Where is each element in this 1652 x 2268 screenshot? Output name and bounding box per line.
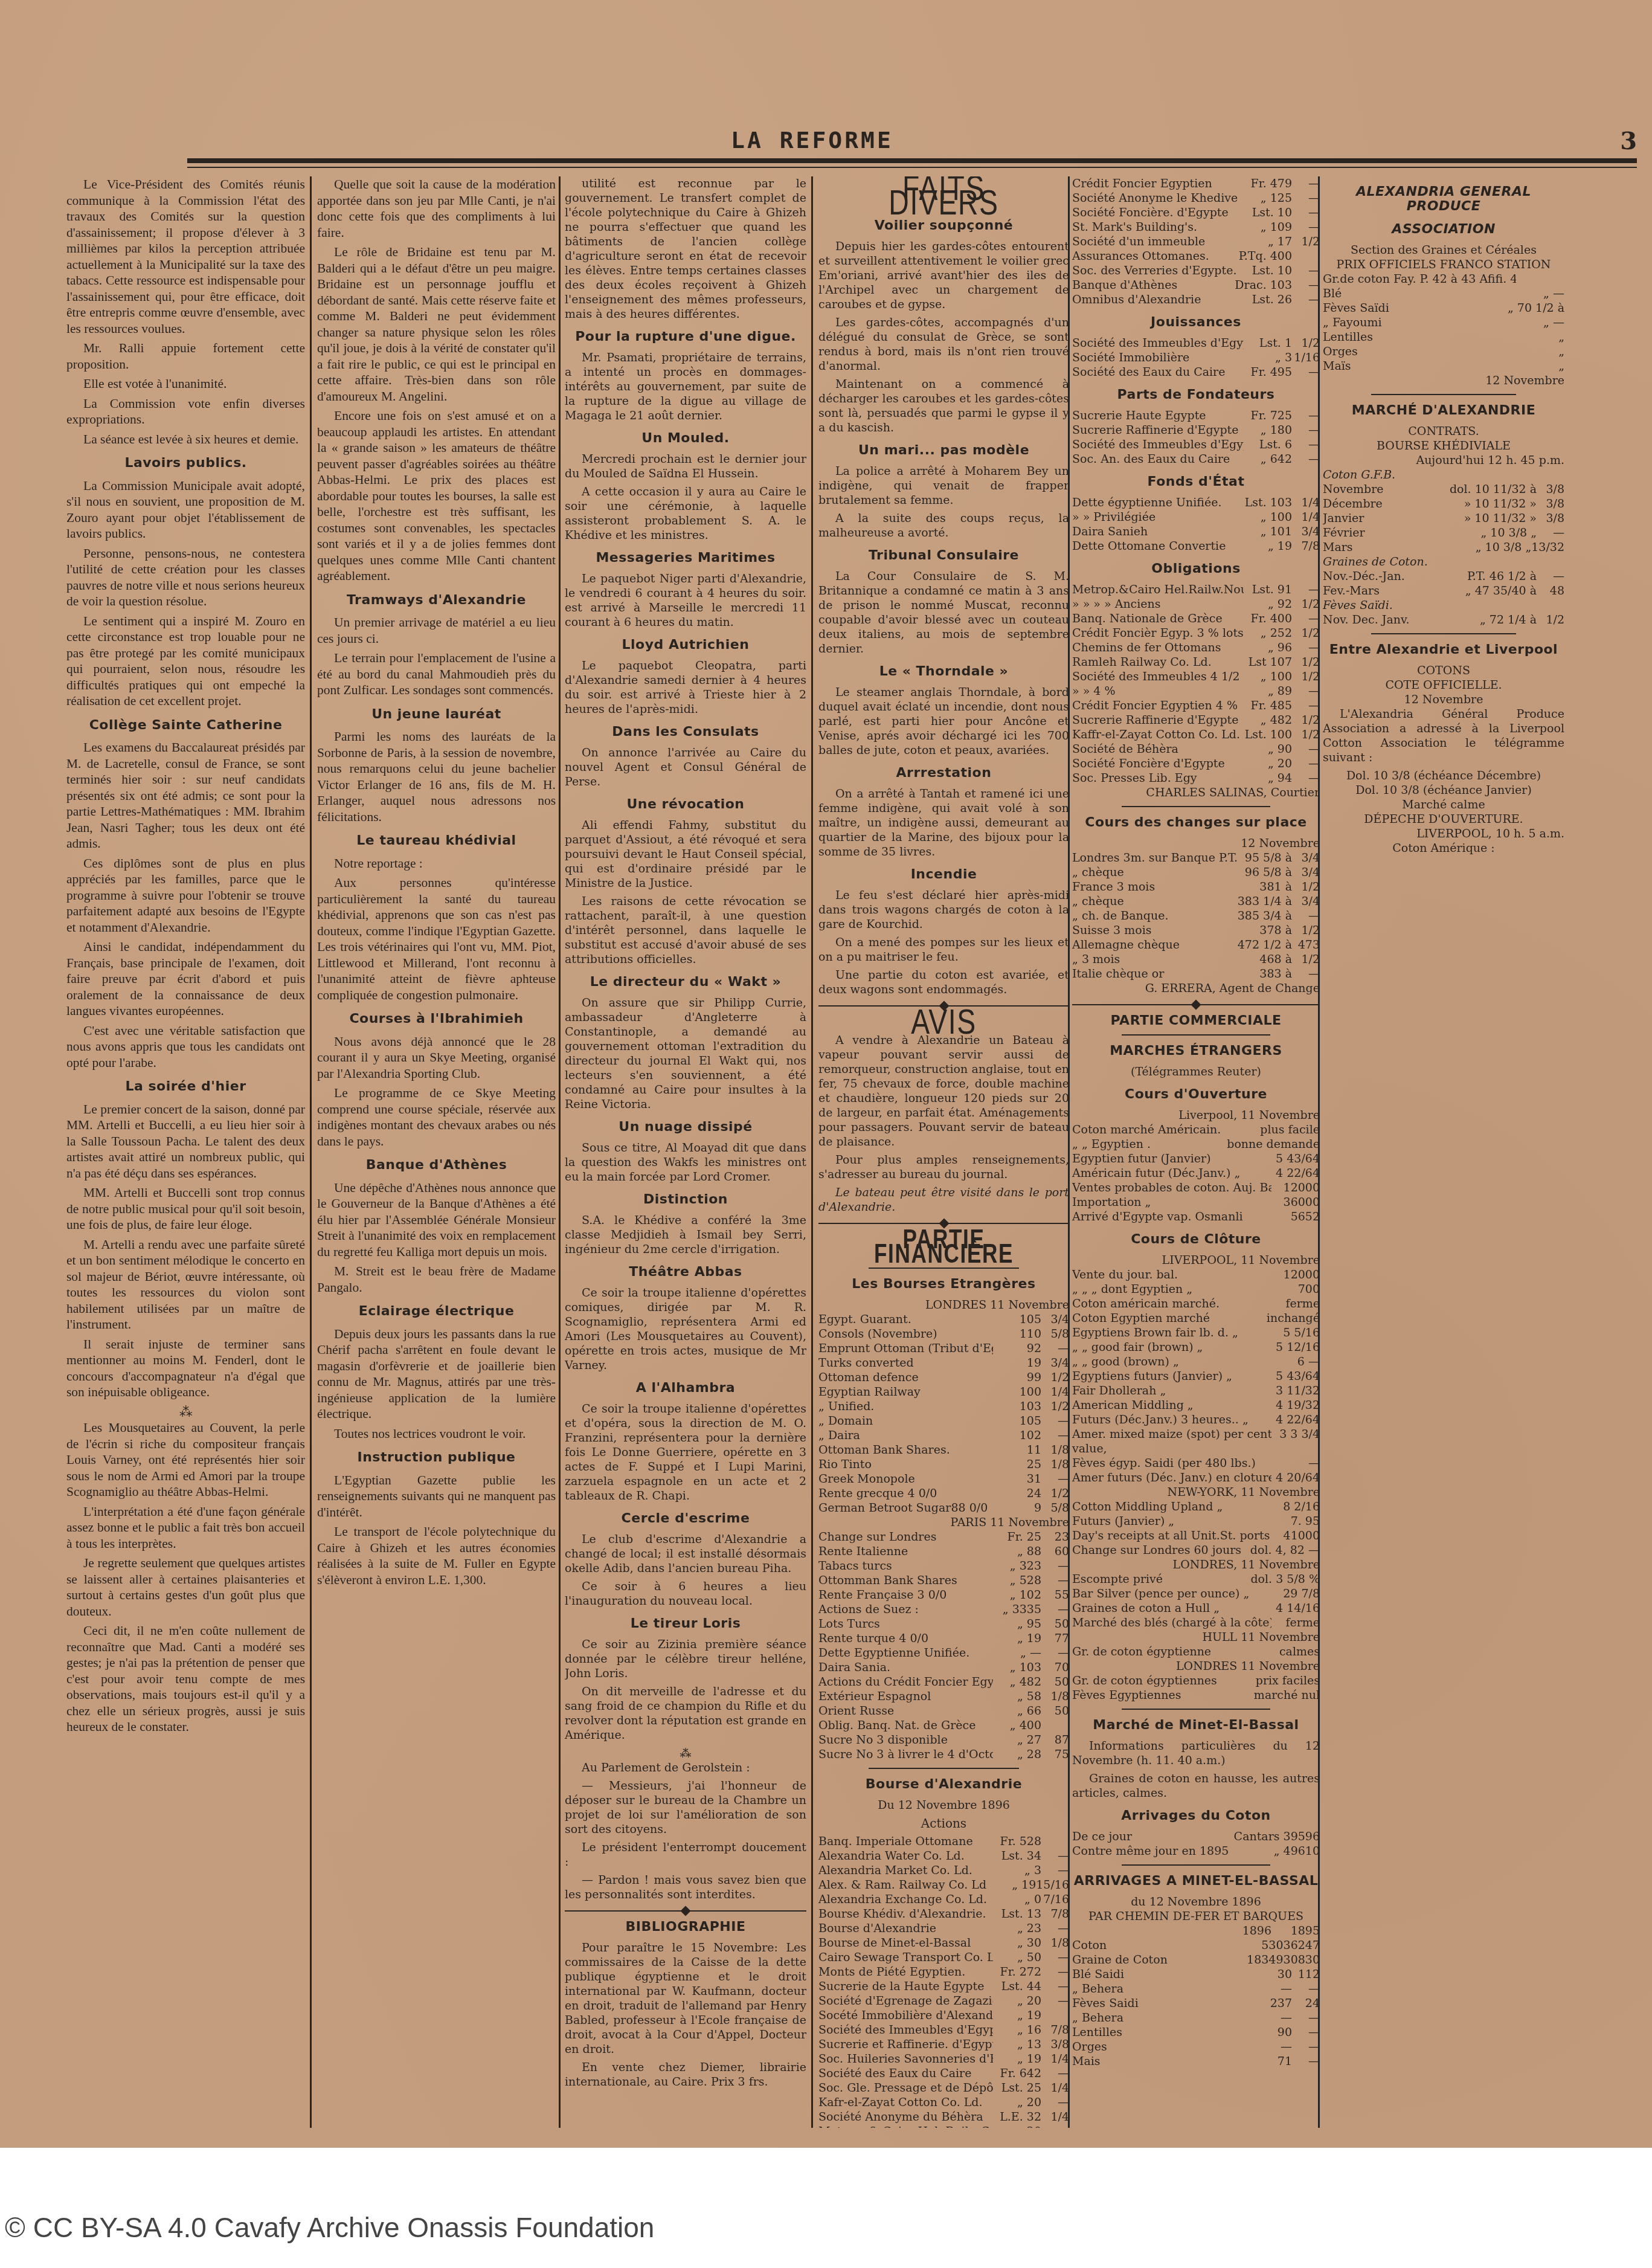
row-value: 3/4 [1292,851,1320,865]
price-row: Soc. Presses Lib. Egy„ 94— [1072,771,1320,785]
price-row: „ chèque383 1/4 à3/4 [1072,894,1320,909]
article-paragraph: Il serait injuste de terminer sans menti… [66,1336,305,1400]
article-paragraph: — Pardon ! mais vous savez bien que les … [565,1873,806,1902]
masthead-rule-thin [187,167,1637,168]
row-label: Egyptien futur (Janvier) [1072,1152,1271,1166]
price-row: „ Domain105— [818,1414,1069,1428]
section-heading: Cours de Clôture [1072,1232,1320,1247]
price-row: Metrop. & Cairo Hel. Railw.Co.Ld.„ 20— [818,2124,1069,2128]
article-paragraph: Les raisons de cette révocation se ratta… [565,894,806,967]
article-paragraph: Ce soir la troupe italienne d'opérettes … [565,1402,806,1503]
price-row: Change sur LondresFr. 2523 [818,1530,1069,1544]
row-value: — [1041,1979,1069,1994]
row-value: 1/2 [1292,626,1320,640]
row-label: Dette Egyptienne Unifiée. [818,1646,993,1660]
row-value: Fr. 485 [1244,698,1292,713]
row-value: „ 70 1/2 à [1508,301,1564,315]
row-value: „ 49610 [1271,1844,1320,1858]
row-label: Vente du jour. bal. [1072,1268,1271,1282]
row-value: „ 88 [993,1544,1041,1559]
section-heading: ASSOCIATION [1323,222,1564,237]
row-label: Londres 3m. sur Banque P.T. [1072,851,1244,865]
price-row: value, [1072,1442,1320,1456]
row-label: Coton marché Américain. [1072,1123,1260,1137]
price-row: „ Daira102— [818,1428,1069,1443]
row-value: 1/8 [1041,1443,1069,1457]
row-value: 3/4 [1292,524,1320,539]
row-value: — [1041,1573,1069,1588]
row-value: 29 7/8 [1271,1587,1320,1601]
row-value: Cantars 39596 [1234,1829,1320,1844]
section-heading: PARTIE COMMERCIALE [1072,1014,1320,1028]
article-paragraph: Le transport de l'école polytechnique du… [317,1524,556,1588]
row-label: Novembre [1323,482,1450,497]
row-value: 24 [1292,1996,1320,2011]
price-row: Société des Eaux du CaireFr. 642— [818,2066,1069,2081]
price-row: Sucrerie de la Haute EgypteLst. 44— [818,1979,1069,1994]
article-paragraph: Une partie du coton est avariée, et deux… [818,968,1069,997]
row-value: Lst. 25 [993,2081,1041,2095]
article-paragraph: Les examens du Baccalaureat présidés par… [66,739,305,852]
row-label: Ottoman Bank Shares. [818,1443,993,1457]
section-heading: Entre Alexandrie et Liverpool [1323,643,1564,657]
text-line: LONDRES, 11 Novembre [1072,1558,1320,1572]
price-row: Société d'Egrenage de Zagazig„ 20— [818,1994,1069,2008]
row-value: 4 19/32 [1271,1398,1320,1413]
row-value: „ [1516,344,1564,359]
divider-rule [869,1768,1019,1769]
row-value: „ 100 [1244,510,1292,524]
row-value: 4 22/64 [1271,1166,1320,1181]
price-row: Change sur Londres 60 joursdol. 4, 82 — [1072,1543,1320,1558]
price-row: Société Anonyme du BéhèraL.E. 321/4 [818,2110,1069,2124]
row-value: „ 3335 [993,1602,1041,1617]
row-label: Arrivé d'Egypte vap. Osmanli [1072,1210,1271,1224]
row-label: Rente turque 4 0/0 [818,1631,993,1646]
row-label: Ventes probables de coton. Auj. Bal. [1072,1181,1271,1195]
row-value: — [1292,1982,1320,1996]
price-row: Vente du jour. bal.12000 [1072,1268,1320,1282]
text-line: 12 Novembre [1072,836,1320,851]
row-label: Sucre No 3 disponible [818,1733,993,1747]
article-paragraph: Pour plus amples renseignements, s'adres… [818,1153,1069,1182]
column-divider [811,176,813,2128]
text-line: COTONS [1323,663,1564,678]
row-value: 7. 95 [1271,1514,1320,1529]
price-row: Fèves Saidi23724 [1072,1996,1320,2011]
section-heading: La soirée d'hier [66,1079,305,1095]
row-value [1271,1442,1320,1456]
row-label: Nov. Dec. Janv. [1323,613,1480,627]
price-row: „ „ good fair (brown) „5 12/16 [1072,1340,1320,1355]
price-row: Cairo Sewage Transport Co. Ld.„ 50— [818,1950,1069,1965]
text-line: 12 Novembre [1323,373,1564,388]
row-value: Fr. 495 [1244,365,1292,379]
text-line: COTE OFFICIELLE. [1323,678,1564,692]
article-paragraph: Les Mousquetaires au Couvent, la perle d… [66,1420,305,1500]
row-value: „ 0 [993,1892,1041,1907]
article-paragraph: Sous ce titre, Al Moayad dit que dans la… [565,1141,806,1184]
row-value: „ 642 [1244,452,1292,466]
row-label: Extérieur Espagnol [818,1689,993,1704]
section-heading: Distinction [565,1193,806,1207]
row-value: — [1537,526,1564,540]
row-value: dol. 4, 82 — [1250,1543,1320,1558]
column-2: Quelle que soit la cause de la modératio… [317,176,556,2128]
price-row: Alexandria Exchange Co. Ld.„ 07/16 [818,1892,1069,1907]
price-row: Londres 3m. sur Banque P.T.95 5/8 à3/4 [1072,851,1320,865]
avis-note: Le bateau peut être visité dans le port … [818,1185,1069,1214]
row-label: Décembre [1323,497,1464,511]
row-label: „ 3 mois [1072,952,1244,967]
row-value: 1/2 [1292,952,1320,967]
row-value: 110 [993,1327,1041,1341]
price-row: Soc. Huileries Savonneries d'Egy.„ 191/4 [818,2052,1069,2066]
text-line: DÉPECHE D'OUVERTURE. [1323,812,1564,826]
price-row: Crédit Foncièr Egyp. 3 % lots„ 2521/2 [1072,626,1320,640]
row-label: Lots Turcs [818,1617,993,1631]
row-label: Société d'un immeuble [1072,234,1244,249]
row-label: Gr.de coton Fay. P. 42 à 43 Afifi. 43 1/… [1323,272,1516,286]
article-paragraph: La Commission Municipale avait adopté, s… [66,478,305,542]
section-heading: MARCHÉ D'ALEXANDRIE [1323,404,1564,418]
article-paragraph: Ce soir la troupe italienne d'opérettes … [565,1286,806,1373]
row-value: — [1041,1994,1069,2008]
row-value: — [1292,909,1320,923]
price-row: Lentilles90— [1072,2025,1320,2040]
row-value: P.Tq. 400 [1239,249,1292,263]
row-value: 381 à [1244,880,1292,894]
row-label: Sucrerie Raffinerie d'Egypte [1072,423,1244,437]
section-heading: MARCHES ÉTRANGERS [1072,1044,1320,1058]
row-label: Metrop.&Cairo Hel.Railw.Nouvls [1072,582,1244,597]
price-row: Actions de Suez :„ 3335— [818,1602,1069,1617]
row-label: Socété Immobilière d'Alexandrie [818,2008,993,2023]
divider-rule [1371,394,1516,395]
row-value: 13/32 [1531,540,1564,555]
price-row: Société Immobilière„ 31/16 [1072,350,1320,365]
row-value: — [1041,1559,1069,1573]
price-row: Ottoman defence991/2 [818,1370,1069,1385]
price-row: Orges„ [1323,344,1564,359]
price-row: Amer futurs (Déc. Janv.) en cloture4 20/… [1072,1471,1320,1485]
row-label: Mais [1072,2054,1244,2069]
price-row: Rente Italienne„ 8860 [818,1544,1069,1559]
row-label: Soc. An. des Eaux du Caire [1072,452,1244,466]
row-label: „ Domain [818,1414,993,1428]
text-line: Coton Amérique : [1323,841,1564,855]
row-value: 1/2 [1292,923,1320,938]
row-value: „ 400 [993,1718,1041,1733]
price-row: Société des Immeubles d'Egypte„ 167/8 [818,2023,1069,2037]
row-value: calmes [1271,1645,1320,1659]
article-paragraph: Toutes nos lectrices voudront le voir. [317,1426,556,1442]
row-value: „ 20 [1244,756,1292,771]
row-value: 75 [1041,1747,1069,1762]
article-paragraph: Le programme de ce Skye Meeting comprend… [317,1085,556,1149]
row-label: Kafr-el-Zayat Cotton Co. Ld. [818,2095,993,2110]
article-paragraph: Mr. Psamati, propriétaire de terrains, a… [565,350,806,423]
row-value: 12000 [1271,1181,1320,1195]
price-row: Société de Béhèra„ 90— [1072,742,1320,756]
row-value: — [1244,2011,1292,2025]
row-value: 1/2 [1292,669,1320,684]
row-value: — [1041,1950,1069,1965]
row-label: Metrop. & Cairo Hel. Railw.Co.Ld. [818,2124,993,2128]
row-value: Drac. 103 [1235,278,1292,292]
row-label: Assurances Ottomanes. [1072,249,1239,263]
row-value: 4 20/64 [1271,1471,1320,1485]
row-value: „ 252 [1244,626,1292,640]
price-row: Gr. de coton égyptiennecalmes [1072,1645,1320,1659]
row-value: — [1292,742,1320,756]
row-label: Cairo Sewage Transport Co. Ld. [818,1950,993,1965]
row-value [1516,272,1564,286]
price-row: Dette Egyptienne Unifiée.„ —— [818,1646,1069,1660]
row-value: Lst 107 [1244,655,1292,669]
price-row: Banq. Nationale de GrèceFr. 400— [1072,611,1320,626]
text-line: Fèves Saïdi. [1323,598,1564,613]
row-value: Fr. 642 [993,2066,1041,2081]
row-label: Orges [1072,2040,1244,2054]
price-row: „ „ good (brown) „6 — [1072,1355,1320,1369]
row-value: 3 3 3/4 [1271,1427,1320,1442]
row-value: — [1292,611,1320,626]
price-row: Maïs„ [1323,359,1564,373]
row-value: 15/16 [1036,1878,1069,1892]
row-value: 5 5/16 [1271,1326,1320,1340]
row-label: Fèves Egyptiennes [1072,1688,1254,1703]
section-heading: Obligations [1072,562,1320,576]
row-label: Société Immobilière [1072,350,1244,365]
price-row: Coton marché Américain.plus facile [1072,1123,1320,1137]
price-row: German Betroot Sugar88 0/095/8 [818,1501,1069,1515]
section-heading: Lavoirs publics. [66,456,305,472]
price-row: Daira Sania.„ 10370 [818,1660,1069,1675]
row-value: inchangé [1267,1311,1320,1326]
row-value: 383 à [1244,967,1292,981]
price-row: Cotton Middling Upland „8 2/16 [1072,1500,1320,1514]
section-heading: ALEXANDRIA GENERAL PRODUCE [1323,185,1564,214]
row-value: 50 [1041,1675,1069,1689]
row-value: — [1292,176,1320,191]
row-value: 5 43/64 [1271,1152,1320,1166]
row-label: Lentilles [1323,330,1516,344]
price-row: Société d'un immeuble„ 171/2 [1072,234,1320,249]
row-value: — [1041,1965,1069,1979]
price-row: Assurances Ottomanes.P.Tq. 400 [1072,249,1320,263]
row-value: „ 101 [1244,524,1292,539]
row-value: 11 [993,1443,1041,1457]
row-label: Change sur Londres 60 jours [1072,1543,1250,1558]
row-value: — [1041,2095,1069,2110]
price-row: Décembre» 10 11/32 »3/8 [1323,497,1564,511]
text-line: CONTRATS. [1323,424,1564,439]
article-paragraph: Un premier arrivage de matériel a eu lie… [317,614,556,646]
row-label: Alexandria Market Co. Ld. [818,1863,993,1878]
price-row: Alexandria Market Co. Ld.„ 3— [818,1863,1069,1878]
price-row: Marché des blés (chargé à la côte)ferme [1072,1616,1320,1630]
row-value: 77 [1041,1631,1069,1646]
row-label: Banque d'Athènes [1072,278,1235,292]
article-paragraph: Personne, pensons-nous, ne contestera l'… [66,546,305,610]
row-value: — [1041,1414,1069,1428]
row-value: Lst. 100 [1244,727,1292,742]
row-label: Greek Monopole [818,1472,993,1486]
row-value: 3/8 [1041,2037,1069,2052]
price-row: » » » » Anciens„ 921/2 [1072,597,1320,611]
row-value: 30 [1244,1967,1292,1982]
row-label: Consols (Novembre) [818,1327,993,1341]
row-value: 7/8 [1041,1907,1069,1921]
article-paragraph: Le premier concert de la saison, donné p… [66,1101,305,1182]
row-value: 700 [1271,1282,1320,1297]
row-label: Sucrerie et Raffinerie. d'Egypte [818,2037,993,2052]
row-value: — [1292,2025,1320,2040]
row-value: — [1041,2124,1069,2128]
price-row: Metrop.&Cairo Hel.Railw.NouvlsLst. 91— [1072,582,1320,597]
row-value: „ — [1516,315,1564,330]
row-value: 103 [993,1399,1041,1414]
row-label: Rente Italienne [818,1544,993,1559]
row-value: prix faciles [1256,1674,1320,1688]
row-label: „ Unified. [818,1399,993,1414]
section-heading: Cours des changes sur place [1072,816,1320,830]
row-label: „ chèque [1072,894,1238,909]
price-row: Sucrerie Raffinerie d'Egypte„ 4821/2 [1072,713,1320,727]
row-value: „ 23 [993,1921,1041,1936]
section-heading: Incendie [818,868,1069,882]
row-label: „ „ good fair (brown) „ [1072,1340,1271,1355]
divider-rule [1072,1004,1320,1005]
text-line: G. ERRERA, Agent de Change [1072,981,1320,996]
section-heading: Le taureau khédivial [317,833,556,849]
row-label: Société des Immeubles d'Egypte [1072,437,1244,452]
row-value: 1/4 [1041,1385,1069,1399]
row-value: 1/2 [1292,655,1320,669]
text-line: CHARLES SALINAS, Courtier [1072,785,1320,800]
price-row: Fair Dhollerah „3 11/32 [1072,1384,1320,1398]
price-row: Allemagne chèque472 1/2 à473 [1072,938,1320,952]
row-value: 472 1/2 à [1238,938,1292,952]
section-heading: Tribunal Consulaire [818,549,1069,563]
price-row: Nov.-Déc.-Jan.P.T. 46 1/2 à— [1323,569,1564,584]
text-line: Liverpool, 11 Novembre [1072,1108,1320,1123]
row-value: 1/2 [1041,1370,1069,1385]
row-value: Fr. 528 [993,1834,1041,1849]
row-label: Turks converted [818,1356,993,1370]
row-label: Omnibus d'Alexandrie [1072,292,1244,307]
text-line: Section des Graines et Céréales [1323,243,1564,257]
row-value: — [1292,292,1320,307]
article-paragraph: — Messieurs, j'ai l'honneur de déposer s… [565,1779,806,1837]
price-row: Mars„ 10 3/8 „13/32 [1323,540,1564,555]
price-row: Soc. des Verreries d'Egypte.Lst. 10— [1072,263,1320,278]
newspaper-title: LA REFORME [731,127,893,153]
price-row: » » Privilégiée„ 1001/4 [1072,510,1320,524]
section-heading: Banque d'Athènes [317,1158,556,1174]
article-paragraph: Le rôle de Bridaine est tenu par M. Bald… [317,244,556,404]
row-label: Société de Béhèra [1072,742,1244,756]
row-label: Actions du Crédit Foncier Egyp. [818,1675,993,1689]
article-paragraph: Notre reportage : [317,855,556,872]
price-row: Coton Egyptien marchéinchangé [1072,1311,1320,1326]
row-value: „ 17 [1244,234,1292,249]
row-label: Oblig. Banq. Nat. de Grèce [818,1718,993,1733]
row-value: 5303 [1242,1938,1291,1953]
divider-rule [1122,806,1270,807]
row-label: Bourse d'Alexandrie [818,1921,993,1936]
section-heading: Actions [818,1816,1069,1831]
price-row: Société des Immeubles d'EgypteLst. 6— [1072,437,1320,452]
row-value: — [1292,698,1320,713]
divider-rule [565,1910,806,1912]
article-paragraph: S.A. le Khédive a conféré la 3me classe … [565,1213,806,1257]
row-label: „ Daira [818,1428,993,1443]
price-row: Ramleh Railway Co. Ld.Lst 1071/2 [1072,655,1320,669]
row-value: 1/2 [1292,880,1320,894]
row-value: 1/2 [1537,613,1564,627]
article-paragraph: Le président l'enterrompt doucement : [565,1840,806,1869]
row-value: 5 43/64 [1271,1369,1320,1384]
row-value: 1/2 [1292,234,1320,249]
row-value: — [1292,278,1320,292]
row-label: Dette égyptienne Unifiée. [1072,495,1244,510]
row-label: Egyptiens Brown fair lb. d. „ [1072,1326,1271,1340]
price-row: Banque d'AthènesDrac. 103— [1072,278,1320,292]
row-label: Crédit Foncier Egyptien [1072,176,1244,191]
row-value: „ 482 [993,1675,1041,1689]
row-value: 87 [1041,1733,1069,1747]
row-label: Rio Tinto [818,1457,993,1472]
price-row: Actions du Crédit Foncier Egyp.„ 48250 [818,1675,1069,1689]
article-paragraph: On a arrêté à Tantah et ramené ici une f… [818,787,1069,859]
price-row: Escompte privédol. 3 5/8 % [1072,1572,1320,1587]
row-value: 50 [1041,1617,1069,1631]
row-value: Lst. 1 [1244,336,1292,350]
price-row: Contre même jour en 1895„ 49610 [1072,1844,1320,1858]
section-heading: Dans les Consulats [565,725,806,739]
table-header: 18961895 [1072,1924,1320,1938]
price-row: Turks converted193/4 [818,1356,1069,1370]
row-label: Cotton Middling Upland „ [1072,1500,1271,1514]
price-row: Blé„ — [1323,286,1564,301]
price-row: Soc. Gle. Pressage et de Dépôts.Lst. 251… [818,2081,1069,2095]
row-value: 1/4 [1292,495,1320,510]
article-paragraph: Le paquebot Niger parti d'Alexandrie, le… [565,572,806,630]
price-row: Greek Monopole31— [818,1472,1069,1486]
row-value: — [1041,2066,1069,2081]
row-label: Banq. Nationale de Grèce [1072,611,1244,626]
row-label: Alexandria Exchange Co. Ld. [818,1892,993,1907]
row-value: 105 [993,1414,1041,1428]
row-value: „ 19 [993,1631,1041,1646]
price-row: Ventes probables de coton. Auj. Bal.1200… [1072,1181,1320,1195]
row-label: Futurs (Janvier) „ [1072,1514,1271,1529]
column-divider [559,176,561,2128]
row-value: 12000 [1271,1268,1320,1282]
row-label: Fèves Saïdi [1323,301,1508,315]
row-value: 1/2 [1292,713,1320,727]
row-value: Lst. 26 [1244,292,1292,307]
column-3: utilité est reconnue par le gouvernement… [565,176,806,2128]
price-row: Crédit Foncier Egyptien 4 %Fr. 485— [1072,698,1320,713]
row-value: 1/2 [1041,1399,1069,1414]
row-label: Fair Dhollerah „ [1072,1384,1271,1398]
article-paragraph: Une dépêche d'Athènes nous annonce que l… [317,1180,556,1260]
article-paragraph: Pour paraître le 15 Novembre: Les commis… [565,1941,806,2057]
row-value: 3 11/32 [1271,1384,1320,1398]
